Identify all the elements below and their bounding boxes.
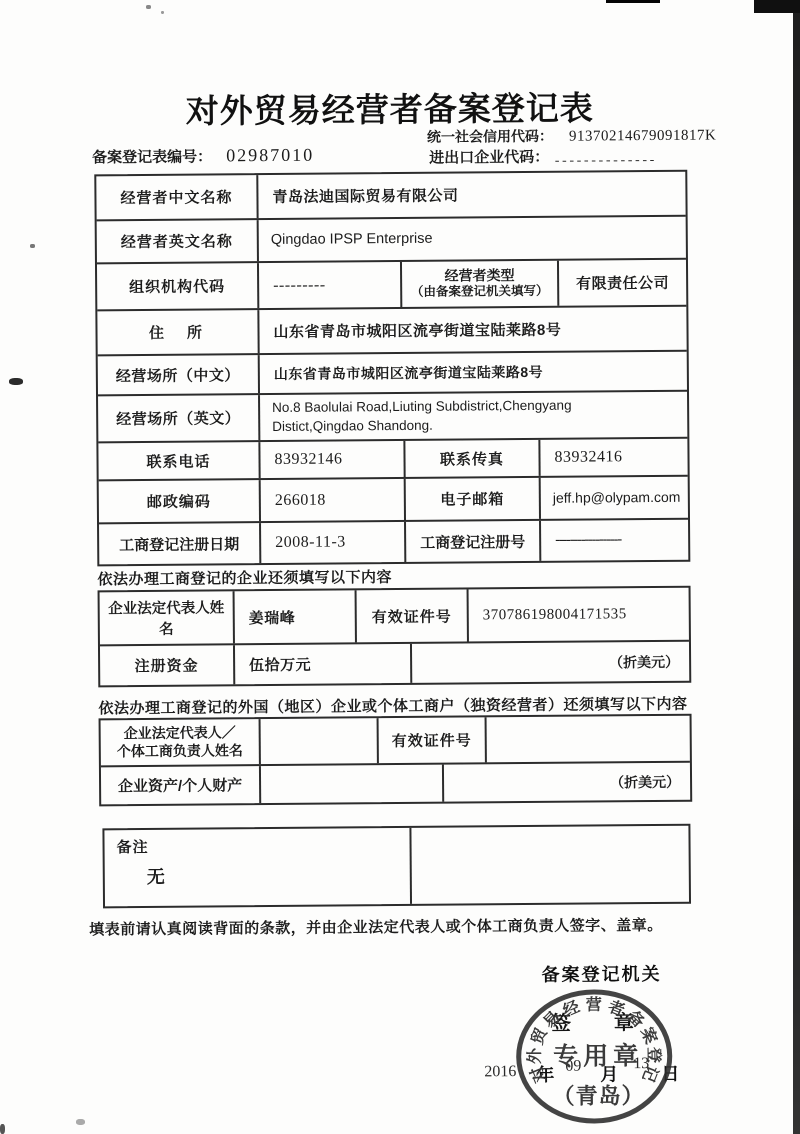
usd-equivalent-label: （折美元）: [410, 642, 689, 683]
date-line: 2016 年 09 月 13 日: [0, 0, 796, 3]
table-row: 企业法定代表人姓名 姜瑞峰 有效证件号 370786198004171535: [100, 588, 689, 645]
field-value: 有限责任公司: [557, 260, 686, 306]
field-value-empty: [485, 716, 690, 763]
usd-equivalent-label: （折美元）: [442, 763, 690, 802]
field-label: 企业法定代表人／ 个体工商负责人姓名: [101, 719, 259, 765]
section-heading-domestic: 依法办理工商登记的企业还须填写以下内容: [97, 566, 392, 589]
form-number-line: 备案登记表编号：02987010: [92, 145, 314, 168]
field-label: 有效证件号: [355, 589, 467, 642]
foreign-enterprise-table: 企业法定代表人／ 个体工商负责人姓名 有效证件号 企业资产/个人财产 （折美元）: [99, 714, 693, 807]
field-label: 企业法定代表人姓名: [100, 591, 233, 644]
stamp-city-text: （青岛）: [535, 1079, 661, 1111]
ie-code-value: --------------: [553, 153, 655, 169]
field-value: jeff.hp@olypam.com: [539, 477, 688, 519]
field-value: 2008-11-3: [259, 522, 404, 563]
field-value: ---------: [257, 262, 400, 308]
field-value: 370786198004171535: [467, 588, 689, 642]
table-row: 邮政编码 266018 电子邮箱 jeff.hp@olypam.com: [99, 475, 688, 523]
scan-speck: [30, 244, 35, 248]
scan-edge-strip: [793, 5, 800, 1134]
credit-code-line: 统一社会信用代码：91370214679091817K: [427, 125, 716, 147]
field-label: 组织机构代码: [97, 263, 257, 309]
field-label: 工商登记注册日期: [99, 523, 259, 564]
field-label: 住 所: [97, 310, 257, 354]
field-label: 经营场所（英文）: [98, 395, 258, 441]
scan-corner-mark: [754, 0, 800, 13]
domestic-enterprise-table: 企业法定代表人姓名 姜瑞峰 有效证件号 370786198004171535 注…: [98, 586, 692, 688]
field-label: 有效证件号: [377, 717, 485, 763]
field-label: 经营者英文名称: [97, 220, 257, 262]
table-row: 联系电话 83932146 联系传真 83932416: [98, 437, 687, 480]
field-value: 山东省青岛市城阳区流亭街道宝陆莱路8号: [258, 352, 687, 393]
field-label: 经营场所（中文）: [98, 355, 258, 394]
field-label: 经营者中文名称: [96, 175, 256, 219]
scanned-page: 对外贸易经营者备案登记表 统一社会信用代码：91370214679091817K…: [0, 0, 800, 1134]
table-row: 工商登记注册日期 2008-11-3 工商登记注册号 -------------…: [99, 518, 688, 565]
field-value: ------------------: [539, 520, 688, 561]
main-info-table: 经营者中文名称 青岛法迪国际贸易有限公司 经营者英文名称 Qingdao IPS…: [94, 170, 690, 567]
field-label: 联系电话: [98, 442, 258, 479]
field-label: 经营者类型 （由备案登记机关填写）: [400, 261, 557, 307]
field-value: Qingdao IPSP Enterprise: [257, 217, 686, 261]
scan-speck: [0, 1124, 5, 1134]
scan-speck: [146, 5, 151, 9]
table-row: 经营者中文名称 青岛法迪国际贸易有限公司: [96, 172, 685, 220]
remarks-box: 备注 无: [102, 824, 691, 909]
ie-code-line: 进出口企业代码：--------------: [429, 145, 655, 168]
field-value-empty: [259, 718, 377, 764]
table-row: 企业法定代表人／ 个体工商负责人姓名 有效证件号: [101, 716, 690, 766]
table-row: 经营者英文名称 Qingdao IPSP Enterprise: [97, 215, 686, 263]
form-number-value: 02987010: [226, 145, 314, 166]
form-number-label: 备案登记表编号：: [92, 148, 212, 166]
remarks-label: 备注: [116, 834, 409, 857]
remarks-value: 无: [147, 861, 410, 889]
table-row: 企业资产/个人财产 （折美元）: [101, 761, 690, 805]
scan-speck: [76, 1119, 85, 1125]
field-value: 266018: [259, 479, 404, 521]
field-value: 伍拾万元: [233, 644, 410, 684]
scan-speck: [161, 11, 164, 14]
date-year-value: 2016: [484, 1063, 516, 1081]
remarks-cell: 备注 无: [104, 828, 412, 906]
field-value: 青岛法迪国际贸易有限公司: [256, 172, 685, 218]
field-value: 83932146: [258, 441, 403, 478]
table-row: 组织机构代码 --------- 经营者类型 （由备案登记机关填写） 有限责任公…: [97, 258, 686, 310]
field-value: 姜瑞峰: [233, 590, 355, 643]
field-label: 电子邮箱: [404, 478, 539, 520]
remarks-cell-empty: [411, 826, 689, 904]
table-row: 经营场所（中文） 山东省青岛市城阳区流亭街道宝陆莱路8号: [98, 350, 687, 395]
authority-label: 备案登记机关: [541, 960, 661, 987]
scan-speck: [9, 378, 23, 385]
field-value: 山东省青岛市城阳区流亭街道宝陆莱路8号: [257, 307, 686, 353]
ie-code-label: 进出口企业代码：: [429, 149, 549, 167]
table-row: 注册资金 伍拾万元 （折美元）: [100, 640, 689, 686]
field-value-empty: [259, 765, 442, 803]
scan-top-mark: [606, 0, 660, 3]
field-value: 83932416: [538, 439, 687, 476]
field-label: 工商登记注册号: [404, 521, 539, 562]
footer-note: 填表前请认真阅读背面的条款，并由企业法定代表人或个体工商负责人签字、盖章。: [89, 914, 663, 940]
field-value: No.8 Baolulai Road,Liuting Subdistrict,C…: [258, 392, 687, 440]
rep-name-label-line2: 个体工商负责人姓名: [117, 742, 243, 760]
table-row: 住 所 山东省青岛市城阳区流亭街道宝陆莱路8号: [97, 305, 686, 355]
field-label: 注册资金: [100, 645, 233, 685]
operator-type-label: 经营者类型: [445, 267, 515, 285]
credit-code-label: 统一社会信用代码：: [427, 128, 553, 145]
field-label: 联系传真: [403, 440, 538, 477]
operator-type-sublabel: （由备案登记机关填写）: [411, 284, 549, 301]
credit-code-value: 91370214679091817K: [569, 128, 716, 145]
rep-name-label-line1: 企业法定代表人／: [124, 724, 236, 742]
stamp-center-text: 专用章: [540, 1036, 656, 1073]
table-row: 经营场所（英文） No.8 Baolulai Road,Liuting Subd…: [98, 390, 687, 442]
field-label: 企业资产/个人财产: [101, 766, 259, 804]
field-label: 邮政编码: [99, 480, 259, 522]
